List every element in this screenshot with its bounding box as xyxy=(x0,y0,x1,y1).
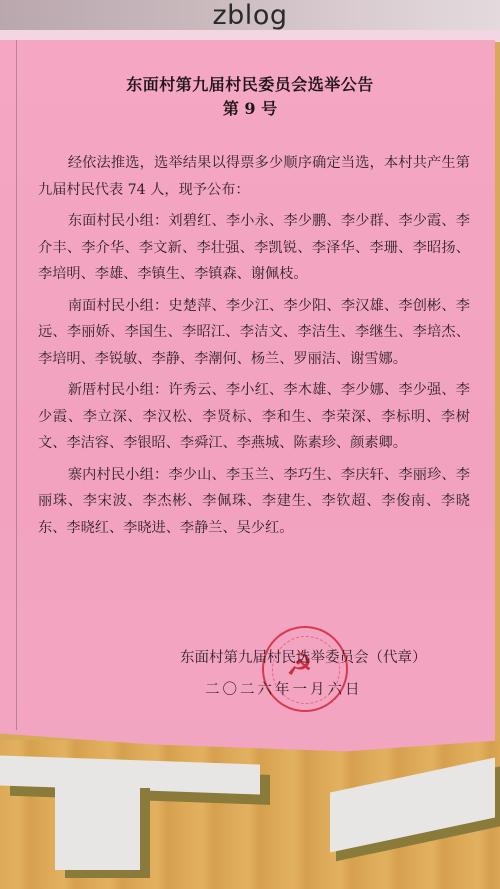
paper-fold-line xyxy=(16,40,17,730)
group-nanmian: 南面村民小组：史楚萍、李少江、李少阳、李汉雄、李创彬、李远、李丽娇、李国生、李昭… xyxy=(38,293,470,373)
notice-title: 东面村第九届村民委员会选举公告 xyxy=(0,72,500,95)
notice-number: 第 9 号 xyxy=(0,96,500,119)
board-letter-shape xyxy=(55,780,140,870)
intro-paragraph: 经依法推选，选举结果以得票多少顺序确定当选，本村共产生第九届村民代表 74 人，… xyxy=(38,150,470,203)
watermark: zblog xyxy=(0,0,500,34)
group-xincuo: 新厝村民小组：许秀云、李小红、李木雄、李少娜、李少强、李少霞、李立深、李汉松、李… xyxy=(38,377,470,457)
notice-body: 经依法推选，选举结果以得票多少顺序确定当选，本村共产生第九届村民代表 74 人，… xyxy=(38,150,470,546)
group-dongmian: 东面村民小组：刘碧红、李小永、李少鹏、李少群、李少霞、李介丰、李介华、李文新、李… xyxy=(38,208,470,288)
notice-date: 二〇二六年一月六日 xyxy=(205,678,363,699)
group-zhainei: 寨内村民小组：李少山、李玉兰、李巧生、李庆轩、李丽珍、李丽珠、李宋波、李杰彬、李… xyxy=(38,462,470,542)
signature: 东面村第九届村民选举委员会（代章） xyxy=(180,646,427,667)
official-seal: ☭ xyxy=(262,626,348,712)
